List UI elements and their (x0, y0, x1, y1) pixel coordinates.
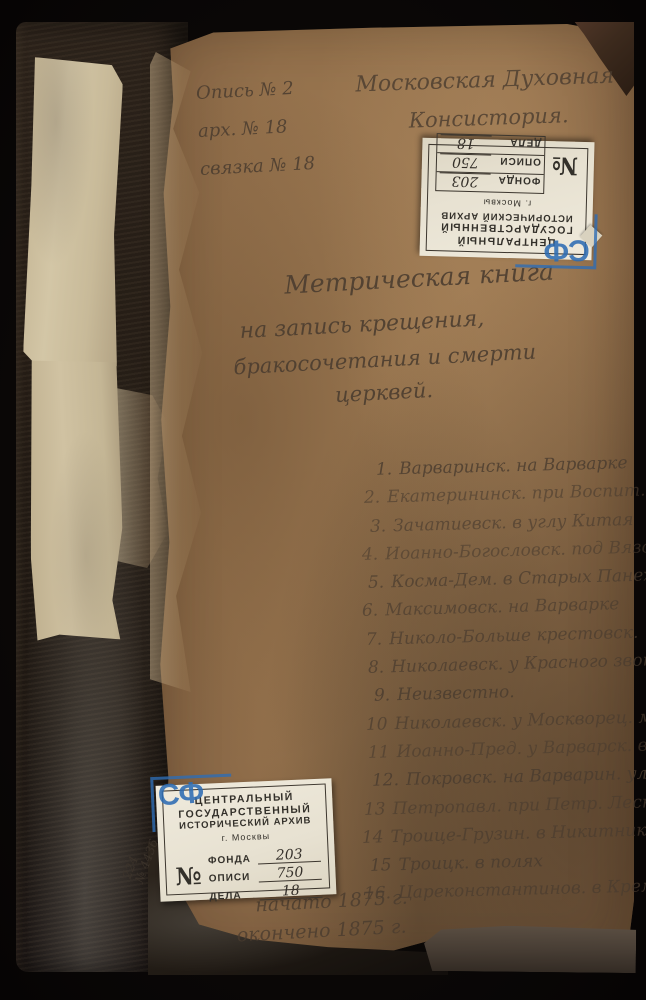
stamp-field: ФОНДА 203 (436, 173, 543, 194)
church-number: 15 (370, 855, 392, 876)
archive-stamp-top: СФ ЦЕНТРАЛЬНЫЙГОСУДАРСТВЕННЫЙИСТОРИЧЕСКИ… (419, 138, 594, 260)
church-list: 1.Варваринск. на Варварке 2.Екатерининск… (362, 456, 646, 909)
field-value: 203 (257, 846, 321, 864)
exposed-board-bottom (424, 925, 636, 973)
church-number: 10 (366, 714, 388, 735)
photo-frame: Опись № 2арх. № 18связка № 18 Московская… (0, 0, 646, 1000)
field-value: 18 (440, 135, 491, 151)
field-label: ФОНДА (208, 853, 258, 866)
church-number: 6. (362, 601, 379, 621)
number-sign: № (551, 151, 578, 181)
church-number: 13 (364, 799, 386, 820)
church-name: Неизвестно. (397, 682, 515, 705)
stamp-fields: ФОНДА 203 ОПИСИ 750 ДЕЛА 18 (435, 134, 545, 195)
archival-corner-notes: Опись № 2арх. № 18связка № 18 (195, 69, 316, 189)
field-value: 750 (440, 154, 491, 170)
blue-overprint-letters: СФ (544, 232, 590, 266)
church-number: 8. (368, 658, 385, 678)
church-name: Варваринск. на Варварке (399, 453, 628, 479)
blue-overprint-letters: СФ (157, 776, 205, 813)
church-number: 11 (368, 742, 390, 763)
field-label: ДЕЛА (209, 889, 259, 902)
stamp-fields-row: № ФОНДА 203 ОПИСИ 750 (435, 134, 580, 196)
tape-strip-bottom (28, 359, 124, 640)
archive-stamp-bottom: СФ ЦЕНТРАЛЬНЫЙГОСУДАРСТВЕННЫЙИСТОРИЧЕСКИ… (156, 778, 337, 902)
book-title: Метрическая книгана запись крещения,брак… (229, 255, 596, 413)
stamp-fields-row: № ФОНДА 203 ОПИСИ 750 (172, 843, 322, 903)
number-sign: № (175, 861, 202, 891)
church-name: Максимовск. на Варварке (385, 595, 620, 621)
corner-note-line: Опись № 2 (195, 69, 312, 113)
church-number: 1. (376, 459, 393, 479)
church-number: 12. (372, 770, 400, 791)
church-number: 7. (366, 629, 383, 649)
church-number: 3. (370, 516, 387, 536)
field-label: ФОНДА (490, 174, 540, 186)
tape-strip-top (23, 57, 124, 379)
church-number: 14 (362, 827, 384, 848)
institution-heading: Московская ДуховнаяКонсистория. (355, 64, 616, 135)
church-name: Троицк. в полях (398, 851, 543, 875)
field-value: 750 (258, 864, 322, 882)
field-label: ОПИСИ (209, 871, 259, 884)
stamp-fields: ФОНДА 203 ОПИСИ 750 ДЕЛА 18 (207, 843, 322, 902)
field-label: ОПИСИ (491, 155, 541, 167)
church-number: 9. (374, 686, 391, 706)
field-value: 18 (259, 882, 323, 900)
title-line: на запись крещения, (239, 301, 592, 344)
church-number: 2. (364, 488, 381, 508)
corner-note-line: связка № 18 (199, 145, 316, 189)
church-number: 4. (362, 544, 379, 564)
church-number: 5. (368, 573, 385, 593)
field-label: ДЕЛА (491, 136, 541, 148)
field-value: 203 (439, 173, 490, 189)
corner-note-line: арх. № 18 (197, 107, 314, 151)
